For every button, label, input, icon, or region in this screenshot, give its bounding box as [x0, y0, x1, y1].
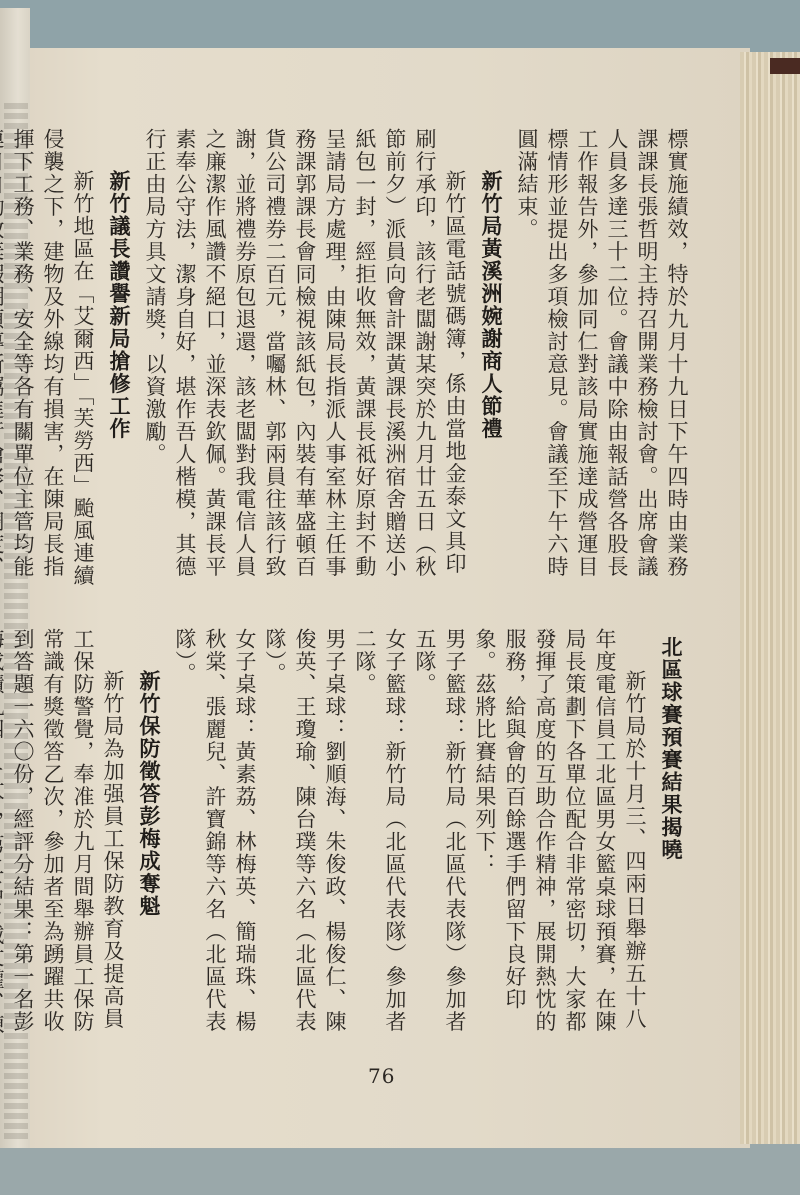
article-heading-huang-declines-gift: 新竹局黃溪洲婉謝商人節禮 [476, 128, 506, 596]
article-heading-ball-game-results: 北區球賽預賽結果揭曉 [656, 628, 686, 1048]
result-womens-table-tennis: 女子桌球：黃素荔、林梅英、簡瑞珠、楊秋棠、張麗兒、許寶錦等六名（北區代表隊）。 [170, 628, 260, 1048]
page-number: 76 [368, 1064, 395, 1088]
background-top [0, 0, 800, 52]
article-heading-speaker-praises-repair: 新竹議長讚譽新局搶修工作 [104, 128, 134, 596]
upper-text-block: 標實施績效，特於九月十九日下午四時由業務課課長張哲明主持召開業務檢討會。出席會議… [52, 128, 692, 596]
book-binding [770, 58, 800, 74]
article-body-huang-declines-gift: 新竹區電話號碼簿，係由當地金泰文具印刷行承印，該行老闆謝某突於九月廿五日（秋節前… [140, 128, 470, 596]
article-body-ball-game-results: 新竹局於十月三、四兩日舉辦五十八年度電信員工北區男女籃桌球預賽，在陳局長策劃下各… [470, 628, 650, 1048]
continuation-paragraph: 標實施績效，特於九月十九日下午四時由業務課課長張哲明主持召開業務檢討會。出席會議… [512, 128, 692, 596]
page-stack-edge [740, 52, 800, 1144]
result-mens-table-tennis: 男子桌球：劉順海、朱俊政、楊俊仁、陳俊英、王瓊瑜、陳台璞等六名（北區代表隊）。 [260, 628, 350, 1048]
article-body-security-quiz-winner: 新竹局為加强員工保防教育及提高員工保防警覺，奉准於九月間舉辦員工保防常識有獎徵答… [0, 628, 128, 1048]
result-mens-basketball: 男子籃球：新竹局（北區代表隊）參加者五隊。 [410, 628, 470, 1048]
article-heading-security-quiz-winner: 新竹保防徵答彭梅成奪魁 [134, 628, 164, 1048]
result-womens-basketball: 女子籃球：新竹局（北區代表隊）參加者二隊。 [350, 628, 410, 1048]
lower-text-block: 北區球賽預賽結果揭曉 新竹局於十月三、四兩日舉辦五十八年度電信員工北區男女籃桌球… [52, 628, 692, 1048]
article-body-speaker-praises-repair: 新竹地區在「艾爾西」「芙勞西」颱風連續侵襲之下，建物及外線均有損害，在陳局長指揮… [0, 128, 98, 596]
